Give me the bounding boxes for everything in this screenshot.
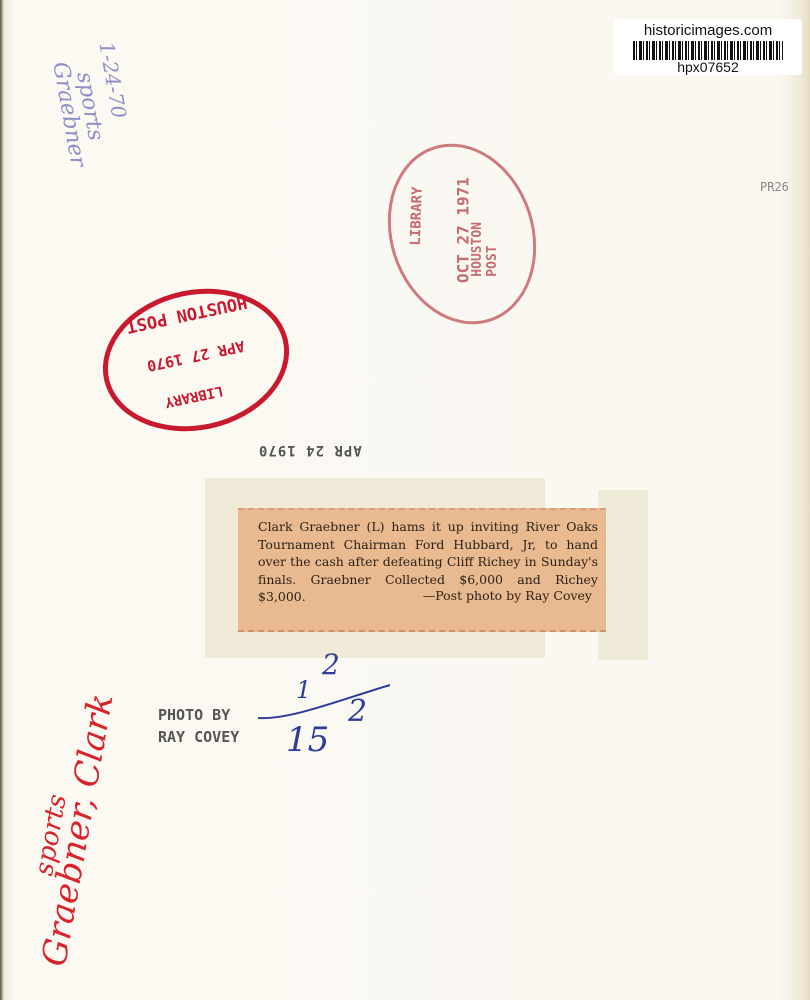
barcode-icon xyxy=(633,41,783,60)
pr-code: PR26 xyxy=(760,180,789,194)
newspaper-clipping: Clark Graebner (L) hams it up inviting R… xyxy=(238,508,606,632)
blue-number: 15 xyxy=(286,720,329,760)
post-stamp-bottom: LIBRARY xyxy=(163,382,224,410)
photo-credit-line1: PHOTO BY xyxy=(158,704,239,726)
item-code: hpx07652 xyxy=(614,60,802,75)
blue-number: 2 xyxy=(348,694,367,729)
library-stamp-top: LIBRARY xyxy=(408,186,426,246)
archive-label: historicimages.com hpx07652 xyxy=(614,19,802,75)
site-name: historicimages.com xyxy=(614,23,802,39)
library-stamp-bottom: HOUSTON POST xyxy=(470,185,500,277)
photo-credit-line2: RAY COVEY xyxy=(158,726,239,748)
post-stamp-date: APR 27 1970 xyxy=(145,337,246,375)
received-date-stamp: APR 24 1970 xyxy=(258,442,362,458)
clipping-credit: —Post photo by Ray Covey xyxy=(423,588,592,603)
photo-credit-stamp: PHOTO BY RAY COVEY xyxy=(158,704,239,748)
blue-number: 2 xyxy=(322,648,340,681)
